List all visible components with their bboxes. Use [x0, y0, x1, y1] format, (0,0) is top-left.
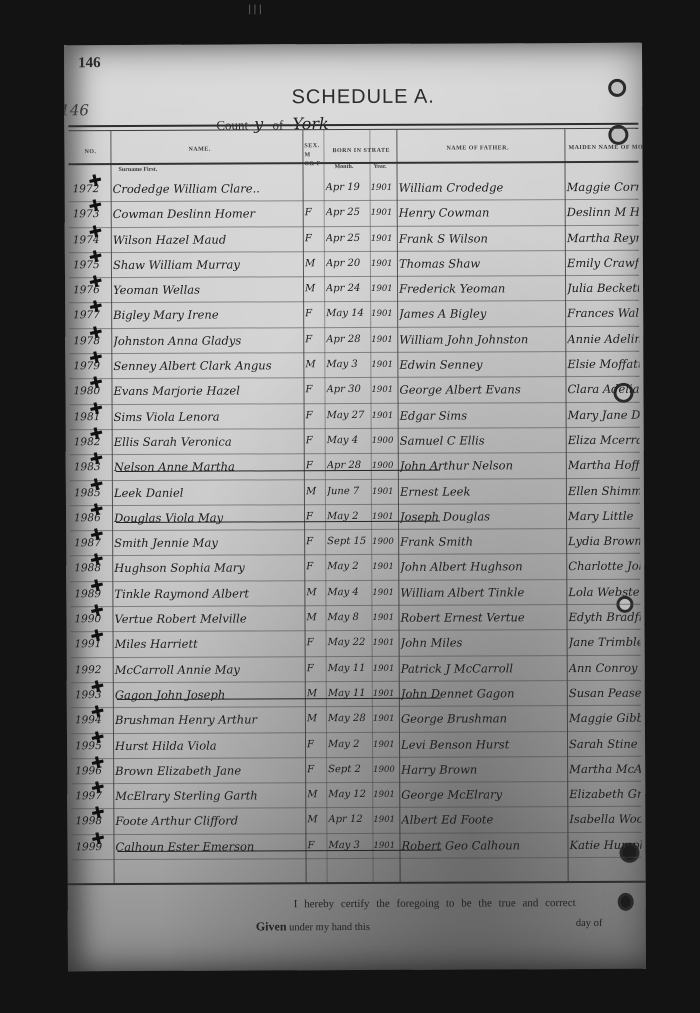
- mother-maiden-name: Mary Jane Daniels: [568, 405, 640, 423]
- mother-maiden-name: Deslinn M Harrington: [567, 203, 639, 221]
- child-name: Hurst Hilda Viola: [115, 736, 305, 755]
- child-name: McCarroll Annie May: [115, 660, 305, 679]
- father-name: James A Bigley: [399, 305, 567, 324]
- subheader-year: Year.: [374, 164, 387, 170]
- mother-maiden-name: Frances Walls: [567, 304, 639, 322]
- child-name: Brown Elizabeth Jane: [115, 761, 305, 780]
- father-name: Patrick J McCarroll: [401, 659, 569, 678]
- child-name: Senney Albert Clark Angus: [113, 356, 303, 375]
- table-row: 1998Foote Arthur CliffordMApr 121901Albe…: [71, 807, 641, 835]
- mother-maiden-name: Mary Little: [568, 507, 640, 525]
- child-name: Wilson Hazel Maud: [113, 230, 303, 249]
- sex: M: [305, 356, 323, 374]
- mother-maiden-name: Elizabeth Greek: [569, 785, 641, 803]
- subheader-month: Month.: [335, 164, 354, 170]
- father-name: Albert Ed Foote: [401, 810, 569, 829]
- table-row: 1986Douglas Viola MayFMay 21901Joseph Do…: [70, 504, 640, 532]
- child-name: Crodedge William Clare..: [113, 179, 303, 198]
- table-row: 1992McCarroll Annie MayFMay 111901Patric…: [71, 655, 641, 683]
- father-name: George McElrary: [401, 785, 569, 804]
- birth-year: 1901: [373, 634, 397, 652]
- child-name: Bigley Mary Irene: [113, 306, 303, 325]
- sex: F: [306, 508, 324, 526]
- birth-month: May 8: [327, 609, 371, 627]
- table-row: 1978Johnston Anna GladysFApr 281901Willi…: [69, 327, 639, 355]
- father-name: Samuel C Ellis: [400, 431, 568, 450]
- birth-month: June 7: [327, 482, 371, 500]
- sex: M: [306, 609, 324, 627]
- father-name: John Arthur Nelson: [400, 456, 568, 475]
- child-name: McElrary Sterling Garth: [115, 786, 305, 805]
- child-name: Calhoun Ester Emerson: [115, 837, 305, 856]
- scanned-document-viewer: ||| 146 146 SCHEDULE A. County of York N…: [0, 0, 700, 1013]
- sex: M: [307, 685, 325, 703]
- given-initial: Given: [256, 919, 287, 933]
- sex: M: [307, 786, 325, 804]
- father-name: Edgar Sims: [400, 406, 568, 425]
- father-name: John Miles: [401, 633, 569, 652]
- table-row: 1979Senney Albert Clark AngusMMay 31901E…: [69, 352, 639, 380]
- table-row: 1993Gagon John JosephMMay 111901John Den…: [71, 681, 641, 709]
- sex: F: [306, 457, 324, 475]
- birth-month: Apr 24: [326, 280, 370, 298]
- birth-month: May 27: [327, 407, 371, 425]
- table-row: 1987Smith Jennie MayFSept 151900Frank Sm…: [70, 529, 640, 557]
- page-number: 146: [78, 55, 101, 72]
- birth-year: 1900: [373, 761, 397, 779]
- table-row: 1990Vertue Robert MelvilleMMay 81901Robe…: [70, 605, 640, 633]
- mother-maiden-name: Susan Pease: [569, 684, 641, 702]
- child-name: Hughson Sophia Mary: [114, 559, 304, 578]
- birth-month: Apr 28: [327, 457, 371, 475]
- mother-maiden-name: Ellen Shimmen: [568, 481, 640, 499]
- sex: F: [307, 736, 325, 754]
- mother-maiden-name: Eliza Mcerran: [568, 431, 640, 449]
- father-name: Robert Ernest Vertue: [400, 608, 568, 627]
- sex: F: [306, 407, 324, 425]
- mother-maiden-name: Maggie Gibb: [569, 709, 641, 727]
- birth-month: May 28: [328, 710, 372, 728]
- birth-month: May 12: [328, 786, 372, 804]
- birth-month: May 4: [327, 584, 371, 602]
- sex: F: [305, 204, 323, 222]
- child-name: Miles Harriett: [115, 635, 305, 654]
- table-row: 1976Yeoman WellasMApr 241901Frederick Ye…: [69, 276, 639, 304]
- mother-maiden-name: Charlotte Johnston: [568, 557, 640, 575]
- birth-month: Apr 30: [326, 381, 370, 399]
- father-name: Harry Brown: [401, 760, 569, 779]
- mother-maiden-name: Jane Trimble: [569, 633, 641, 651]
- sex: F: [305, 331, 323, 349]
- birth-year: 1901: [373, 685, 397, 703]
- birth-year: 1901: [371, 255, 395, 273]
- table-row: 1988Hughson Sophia MaryFMay 21901John Al…: [70, 554, 640, 582]
- binder-clip-mark: |||: [236, 4, 276, 32]
- father-name: Thomas Shaw: [399, 254, 567, 273]
- sex: F: [307, 634, 325, 652]
- entry-number: 1992: [75, 661, 113, 679]
- binder-ring-icon: [608, 79, 626, 97]
- birth-month: Sept 15: [327, 533, 371, 551]
- table-row: 1991Miles HarriettFMay 221901John MilesJ…: [71, 630, 641, 658]
- father-name: Frederick Yeoman: [399, 279, 567, 298]
- birth-month: May 2: [327, 508, 371, 526]
- father-name: William Albert Tinkle: [400, 583, 568, 602]
- birth-month: Apr 12: [328, 811, 372, 829]
- birth-month: Apr 19: [326, 179, 370, 197]
- mother-maiden-name: Elsie Moffatt: [567, 355, 639, 373]
- birth-year: 1900: [372, 457, 396, 475]
- birth-year: 1901: [371, 305, 395, 323]
- mother-maiden-name: Lola Webster: [568, 583, 640, 601]
- birth-month: Apr 20: [326, 255, 370, 273]
- birth-year: 1901: [371, 179, 395, 197]
- given-rest: under my hand this: [286, 922, 369, 933]
- register-page: 146 146 SCHEDULE A. County of York No. N…: [64, 43, 646, 972]
- birth-year: 1901: [372, 584, 396, 602]
- child-name: Vertue Robert Melville: [114, 609, 304, 628]
- sex: M: [306, 483, 324, 501]
- day-of-text: day of: [576, 918, 603, 929]
- birth-month: May 3: [326, 356, 370, 374]
- birth-year: 1901: [373, 786, 397, 804]
- birth-year: 1901: [373, 710, 397, 728]
- sex: F: [307, 761, 325, 779]
- sex: F: [306, 533, 324, 551]
- birth-year: 1900: [372, 533, 396, 551]
- birth-year: 1901: [371, 381, 395, 399]
- mother-maiden-name: Martha Hoffer: [568, 456, 640, 474]
- table-row: 1982Ellis Sarah VeronicaFMay 41900Samuel…: [70, 428, 640, 456]
- table-row: 1996Brown Elizabeth JaneFSept 21900Harry…: [71, 757, 641, 785]
- table-row: 1980Evans Marjorie HazelFApr 301901Georg…: [69, 377, 639, 405]
- mother-maiden-name: Martha Reynolds: [567, 228, 639, 246]
- birth-month: Apr 25: [326, 204, 370, 222]
- sex: M: [307, 710, 325, 728]
- father-name: Henry Cowman: [399, 203, 567, 222]
- father-name: Frank S Wilson: [399, 229, 567, 248]
- sex: F: [305, 306, 323, 324]
- child-name: Cowman Deslinn Homer: [113, 205, 303, 224]
- birth-month: May 2: [327, 558, 371, 576]
- birth-month: Apr 28: [326, 331, 370, 349]
- father-name: John Dennet Gagon: [401, 684, 569, 703]
- birth-month: May 4: [327, 432, 371, 450]
- birth-year: 1901: [371, 229, 395, 247]
- mother-maiden-name: Maggie Cornwall: [567, 178, 639, 196]
- table-row: 1997McElrary Sterling GarthMMay 121901Ge…: [71, 782, 641, 810]
- child-name: Shaw William Murray: [113, 255, 303, 274]
- sex: F: [305, 230, 323, 248]
- birth-month: May 11: [328, 685, 372, 703]
- father-name: George Brushman: [401, 709, 569, 728]
- sex: F: [306, 559, 324, 577]
- father-name: William John Johnston: [399, 330, 567, 349]
- table-row: 1989Tinkle Raymond AlbertMMay 41901Willi…: [70, 580, 640, 608]
- birth-year: 1901: [372, 508, 396, 526]
- table-header: No. Name. Sex. M or F Born in Strate Nam…: [68, 129, 638, 165]
- father-name: George Albert Evans: [399, 380, 567, 399]
- header-mother: Maiden Name of Mother.: [568, 145, 646, 151]
- table-row: 1974Wilson Hazel MaudFApr 251901Frank S …: [69, 225, 639, 253]
- mother-maiden-name: Lydia Brown: [568, 532, 640, 550]
- birth-year: 1901: [371, 331, 395, 349]
- mother-maiden-name: Edyth Bradfield: [568, 608, 640, 626]
- sex: M: [307, 812, 325, 830]
- birth-month: Apr 25: [326, 230, 370, 248]
- birth-year: 1901: [373, 659, 397, 677]
- birth-year: 1901: [372, 482, 396, 500]
- child-name: Gagon John Joseph: [115, 685, 305, 704]
- table-row: 1999Calhoun Ester EmersonFMay 31901Rober…: [71, 832, 641, 860]
- subheader-surname-first: Surname First.: [119, 167, 158, 173]
- birth-year: 1901: [373, 811, 397, 829]
- header-no: No.: [84, 149, 96, 155]
- table-row: 1995Hurst Hilda ViolaFMay 21901Levi Bens…: [71, 731, 641, 759]
- certification-footer: I hereby certify the foregoing to be the…: [68, 881, 646, 972]
- mother-maiden-name: Martha McAmsden: [569, 760, 641, 778]
- birth-month: May 22: [328, 634, 372, 652]
- page-title: SCHEDULE A.: [64, 85, 642, 111]
- child-name: Evans Marjorie Hazel: [113, 382, 303, 401]
- certification-text: I hereby certify the foregoing to be the…: [294, 897, 576, 910]
- birth-year: 1901: [371, 204, 395, 222]
- table-row: 1973Cowman Deslinn HomerFApr 251901Henry…: [69, 200, 639, 228]
- mother-maiden-name: Emily Crawford: [567, 254, 639, 272]
- mother-maiden-name: Annie Adeline Ray: [567, 330, 639, 348]
- father-name: Edwin Senney: [399, 355, 567, 374]
- sex: M: [306, 584, 324, 602]
- sex: F: [305, 382, 323, 400]
- birth-month: May 11: [328, 660, 372, 678]
- child-name: Douglas Viola May: [114, 508, 304, 527]
- birth-month: May 2: [328, 735, 372, 753]
- father-name: Levi Benson Hurst: [401, 735, 569, 754]
- father-name: Joseph Douglas: [400, 507, 568, 526]
- mother-maiden-name: Julia Beckett: [567, 279, 639, 297]
- child-name: Smith Jennie May: [114, 533, 304, 552]
- header-born: Born in Strate: [332, 148, 390, 154]
- birth-year: 1901: [372, 406, 396, 424]
- father-name: William Crodedge: [399, 178, 567, 197]
- mother-maiden-name: Isabella Wood: [569, 810, 641, 828]
- birth-year: 1901: [373, 735, 397, 753]
- table-row: 1975Shaw William MurrayMApr 201901Thomas…: [69, 251, 639, 279]
- table-row: 1994Brushman Henry ArthurMMay 281901Geor…: [71, 706, 641, 734]
- table-row: 1981Sims Viola LenoraFMay 271901Edgar Si…: [70, 402, 640, 430]
- birth-year: 1901: [371, 356, 395, 374]
- mother-maiden-name: Ann Conroy: [569, 658, 641, 676]
- given-under-hand-text: Given under my hand this: [256, 919, 370, 934]
- child-name: Ellis Sarah Veronica: [114, 432, 304, 451]
- child-name: Brushman Henry Arthur: [115, 710, 305, 729]
- register-table: No. Name. Sex. M or F Born in Strate Nam…: [68, 123, 641, 884]
- father-name: Ernest Leek: [400, 482, 568, 501]
- header-father: Name of Father.: [446, 145, 509, 151]
- child-name: Tinkle Raymond Albert: [114, 584, 304, 603]
- mother-maiden-name: Sarah Stine: [569, 734, 641, 752]
- sex: M: [305, 280, 323, 298]
- birth-year: 1901: [372, 558, 396, 576]
- sex: M: [305, 255, 323, 273]
- child-name: Sims Viola Lenora: [114, 407, 304, 426]
- birth-year: 1901: [373, 837, 397, 855]
- birth-year: 1901: [371, 280, 395, 298]
- mother-maiden-name: Clara Adelia Howard: [567, 380, 639, 398]
- child-name: Nelson Anne Martha: [114, 457, 304, 476]
- birth-month: Sept 2: [328, 761, 372, 779]
- child-name: Johnston Anna Gladys: [113, 331, 303, 350]
- father-name: John Albert Hughson: [400, 558, 568, 577]
- birth-year: 1900: [372, 432, 396, 450]
- sex: F: [307, 660, 325, 678]
- birth-month: May 3: [328, 837, 372, 855]
- table-row: 1983Nelson Anne MarthaFApr 281900John Ar…: [70, 453, 640, 481]
- birth-month: May 14: [326, 305, 370, 323]
- table-row: 1977Bigley Mary IreneFMay 141901James A …: [69, 301, 639, 329]
- father-name: Frank Smith: [400, 532, 568, 551]
- mother-maiden-name: Katie Humphrey: [569, 835, 641, 853]
- child-name: Leek Daniel: [114, 483, 304, 502]
- table-row: 1972Crodedge William Clare..Apr 191901Wi…: [69, 175, 639, 203]
- father-name: Robert Geo Calhoun: [401, 836, 569, 855]
- table-body: 1972Crodedge William Clare..Apr 191901Wi…: [69, 175, 642, 860]
- child-name: Foote Arthur Clifford: [115, 812, 305, 831]
- header-name: Name.: [188, 147, 210, 153]
- sex: F: [307, 837, 325, 855]
- child-name: Yeoman Wellas: [113, 280, 303, 299]
- birth-year: 1901: [372, 609, 396, 627]
- sex: F: [306, 432, 324, 450]
- table-row: 1985Leek DanielMJune 71901Ernest LeekEll…: [70, 478, 640, 506]
